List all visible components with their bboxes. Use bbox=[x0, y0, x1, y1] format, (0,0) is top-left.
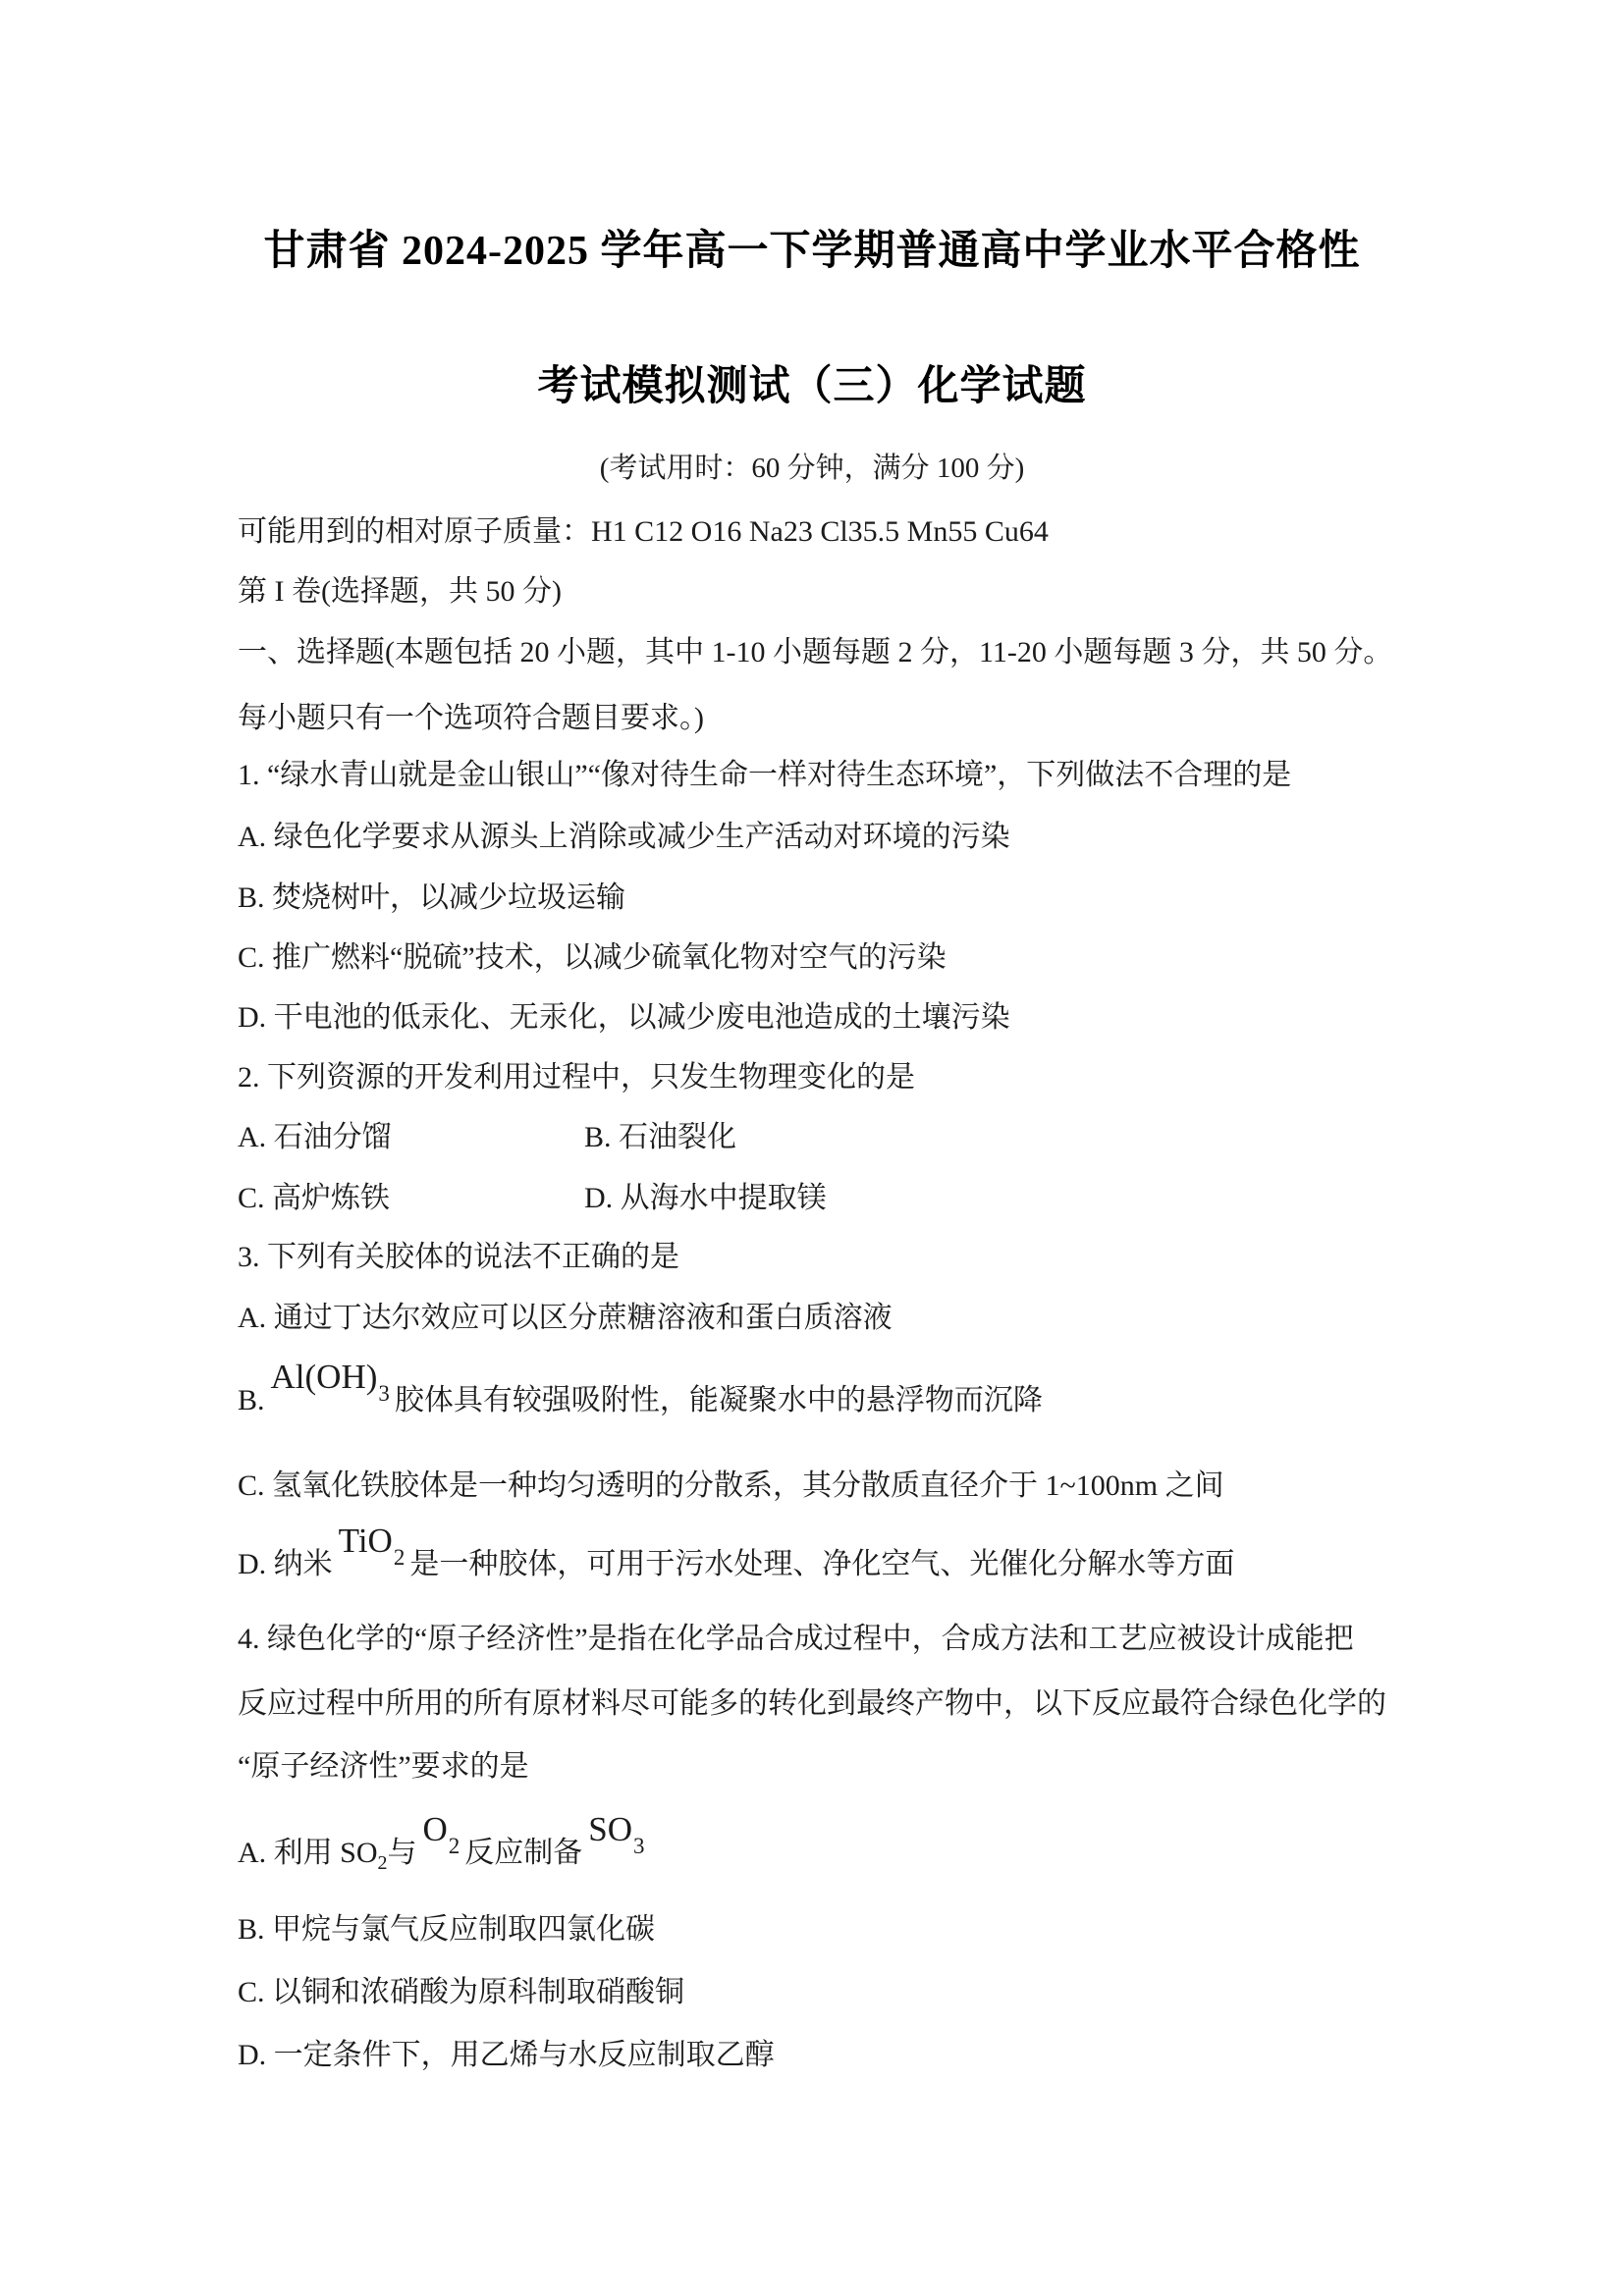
q1-option-d: D. 干电池的低汞化、无汞化，以减少废电池造成的土壤污染 bbox=[238, 998, 1408, 1038]
exam-title-line1: 甘肃省 2024-2025 学年高一下学期普通高中学业水平合格性 bbox=[0, 226, 1624, 277]
q4-stem-line3: “原子经济性”要求的是 bbox=[238, 1747, 1408, 1787]
q3-option-d-text: 是一种胶体，可用于污水处理、净化空气、光催化分解水等方面 bbox=[409, 1548, 1234, 1580]
exam-paper-page: 甘肃省 2024-2025 学年高一下学期普通高中学业水平合格性 考试模拟测试（… bbox=[0, 0, 1624, 2296]
atomic-masses-note: 可能用到的相对原子质量：H1 C12 O16 Na23 Cl35.5 Mn55 … bbox=[238, 512, 1408, 552]
q3-option-b-prefix: B. bbox=[238, 1384, 265, 1416]
q3-option-a: A. 通过丁达尔效应可以区分蔗糖溶液和蛋白质溶液 bbox=[238, 1299, 1408, 1338]
q4-option-d: D. 一定条件下，用乙烯与水反应制取乙醇 bbox=[238, 2036, 1408, 2075]
q4-option-a: A. 利用 SO2与O2反应制备SO3 bbox=[238, 1832, 1408, 1876]
q3-option-d-formula-tio2: TiO2 bbox=[339, 1522, 405, 1565]
q2-option-b: B. 石油裂化 bbox=[584, 1121, 736, 1153]
q3-option-b: B.Al(OH)3胶体具有较强吸附性，能凝聚水中的悬浮物而沉降 bbox=[238, 1379, 1408, 1422]
q4-option-c: C. 以铜和浓硝酸为原科制取硝酸铜 bbox=[238, 1973, 1408, 2012]
q2-option-c: C. 高炉炼铁 bbox=[238, 1179, 584, 1218]
q4-option-a-formula-so3-subscript: 3 bbox=[633, 1834, 645, 1858]
q2-option-d: D. 从海水中提取镁 bbox=[584, 1182, 827, 1214]
q3-stem: 3. 下列有关胶体的说法不正确的是 bbox=[238, 1238, 1408, 1277]
q4-option-a-formula-o2-subscript: 2 bbox=[449, 1834, 460, 1858]
q1-stem: 1. “绿水青山就是金山银山”“像对待生命一样对待生态环境”，下列做法不合理的是 bbox=[238, 756, 1408, 795]
q2-options-row2: C. 高炉炼铁D. 从海水中提取镁 bbox=[238, 1179, 1408, 1218]
q4-option-a-so2-subscript: 2 bbox=[378, 1852, 388, 1874]
q3-option-d-formula-base: TiO bbox=[339, 1522, 393, 1560]
section-intro-line1: 一、选择题(本题包括 20 小题，其中 1-10 小题每题 2 分，11-20 … bbox=[238, 633, 1408, 672]
exam-duration-score: (考试用时：60 分钟，满分 100 分) bbox=[0, 450, 1624, 487]
q4-option-a-formula-so3-base: SO bbox=[588, 1810, 632, 1848]
q3-option-d-formula-subscript: 2 bbox=[394, 1545, 406, 1570]
q1-option-b: B. 焚烧树叶，以减少垃圾运输 bbox=[238, 879, 1408, 918]
q3-option-b-formula-aloh3: Al(OH)3 bbox=[271, 1358, 389, 1401]
q4-stem-line2: 反应过程中所用的所有原材料尽可能多的转化到最终产物中，以下反应最符合绿色化学的 bbox=[238, 1684, 1408, 1724]
q2-option-a: A. 石油分馏 bbox=[238, 1118, 584, 1157]
q3-option-b-formula-subscript: 3 bbox=[378, 1381, 390, 1406]
q3-option-b-text: 胶体具有较强吸附性，能凝聚水中的悬浮物而沉降 bbox=[395, 1384, 1043, 1416]
q3-option-d: D. 纳米TiO2是一种胶体，可用于污水处理、净化空气、光催化分解水等方面 bbox=[238, 1543, 1408, 1586]
q4-option-b: B. 甲烷与氯气反应制取四氯化碳 bbox=[238, 1910, 1408, 1949]
q3-option-b-formula-base: Al(OH) bbox=[271, 1358, 378, 1396]
section-intro-line2: 每小题只有一个选项符合题目要求。) bbox=[238, 699, 1408, 738]
part1-header: 第 I 卷(选择题，共 50 分) bbox=[238, 572, 1408, 612]
exam-title-line2: 考试模拟测试（三）化学试题 bbox=[0, 361, 1624, 412]
q1-option-c: C. 推广燃料“脱硫”技术，以减少硫氧化物对空气的污染 bbox=[238, 938, 1408, 978]
q2-stem: 2. 下列资源的开发利用过程中，只发生物理变化的是 bbox=[238, 1058, 1408, 1097]
q2-options-row1: A. 石油分馏B. 石油裂化 bbox=[238, 1118, 1408, 1157]
q4-option-a-text1: A. 利用 SO bbox=[238, 1837, 378, 1869]
q4-option-a-formula-so3: SO3 bbox=[588, 1810, 643, 1853]
q1-option-a: A. 绿色化学要求从源头上消除或减少生产活动对环境的污染 bbox=[238, 818, 1408, 857]
q4-option-a-text3: 反应制备 bbox=[464, 1837, 582, 1869]
q4-option-a-formula-o2: O2 bbox=[423, 1810, 460, 1853]
q4-stem-line1: 4. 绿色化学的“原子经济性”是指在化学品合成过程中，合成方法和工艺应被设计成能… bbox=[238, 1620, 1408, 1659]
q4-option-a-text2: 与 bbox=[388, 1837, 417, 1869]
q3-option-c: C. 氢氧化铁胶体是一种均匀透明的分散系，其分散质直径介于 1~100nm 之间 bbox=[238, 1467, 1408, 1506]
q3-option-d-prefix: D. 纳米 bbox=[238, 1548, 333, 1580]
q4-option-a-formula-o2-base: O bbox=[423, 1810, 448, 1848]
